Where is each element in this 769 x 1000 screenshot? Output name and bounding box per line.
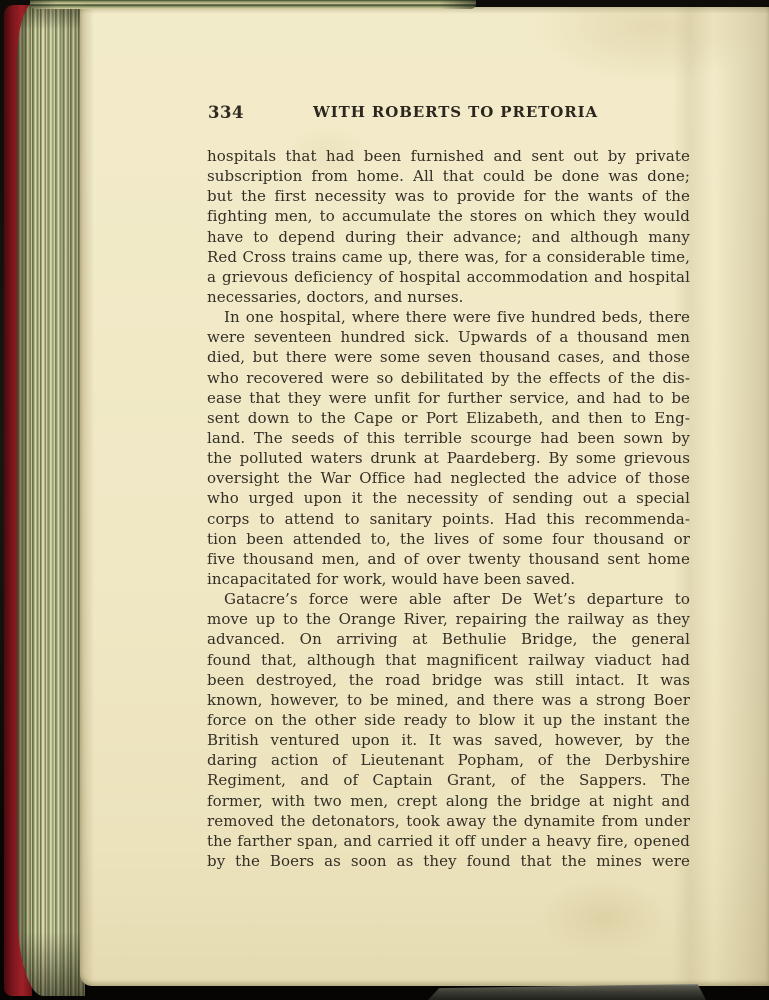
text-line: the farther span, and carried it off und… [207,831,690,851]
text-line: advanced. On arriving at Bethulie Bridge… [207,629,690,649]
text-line: tion been attended to, the lives of some… [207,529,690,549]
text-line: have to depend during their advance; and… [207,227,690,247]
body-lines: hospitals that had been furnished and se… [207,146,690,871]
book-photo-scene: 334 WITH ROBERTS TO PRETORIA hospitals t… [0,0,769,1000]
text-line: hospitals that had been furnished and se… [207,146,690,166]
text-line: move up to the Orange River, repairing t… [207,609,690,629]
table-edge [428,984,706,1000]
text-line: Regiment, and of Captain Grant, of the S… [207,770,690,790]
text-line: a grievous deficiency of hospital accomm… [207,267,690,287]
text-line: fighting men, to accumulate the stores o… [207,206,690,226]
text-line: Red Cross trains came up, there was, for… [207,247,690,267]
text-line: oversight the War Office had neglected t… [207,468,690,488]
top-page-edges [30,0,476,9]
text-line: known, however, to be mined, and there w… [207,690,690,710]
text-line: five thousand men, and of over twenty th… [207,549,690,569]
stacked-page-edges [17,2,85,996]
text-line: removed the detonators, took away the dy… [207,811,690,831]
text-line: sent down to the Cape or Port Elizabeth,… [207,408,690,428]
text-block: 334 WITH ROBERTS TO PRETORIA hospitals t… [207,103,690,871]
text-line: necessaries, doctors, and nurses. [207,287,690,307]
text-line: ease that they were unfit for further se… [207,388,690,408]
text-line: died, but there were some seven thousand… [207,347,690,367]
text-line: land. The seeds of this terrible scourge… [207,428,690,448]
text-line: who urged upon it the necessity of sendi… [207,488,690,508]
text-line: British ventured upon it. It was saved, … [207,730,690,750]
page-number: 334 [208,103,244,122]
running-header: WITH ROBERTS TO PRETORIA [207,103,690,121]
text-line: daring action of Lieutenant Popham, of t… [207,750,690,770]
text-line: by the Boers as soon as they found that … [207,851,690,871]
text-line: but the first necessity was to provide f… [207,186,690,206]
text-line: the polluted waters drunk at Paardeberg.… [207,448,690,468]
book-page: 334 WITH ROBERTS TO PRETORIA hospitals t… [80,7,769,986]
text-line: been destroyed, the road bridge was stil… [207,670,690,690]
text-line: corps to attend to sanitary points. Had … [207,509,690,529]
text-line: force on the other side ready to blow it… [207,710,690,730]
text-line: incapacitated for work, would have been … [207,569,690,589]
text-line: former, with two men, crept along the br… [207,791,690,811]
text-line: were seventeen hundred sick. Upwards of … [207,327,690,347]
text-line: In one hospital, where there were five h… [207,307,690,327]
text-line: Gatacre’s force were able after De Wet’s… [207,589,690,609]
text-line: found that, although that magnificent ra… [207,650,690,670]
running-header-row: 334 WITH ROBERTS TO PRETORIA [207,103,690,124]
text-line: who recovered were so debilitated by the… [207,368,690,388]
text-line: subscription from home. All that could b… [207,166,690,186]
